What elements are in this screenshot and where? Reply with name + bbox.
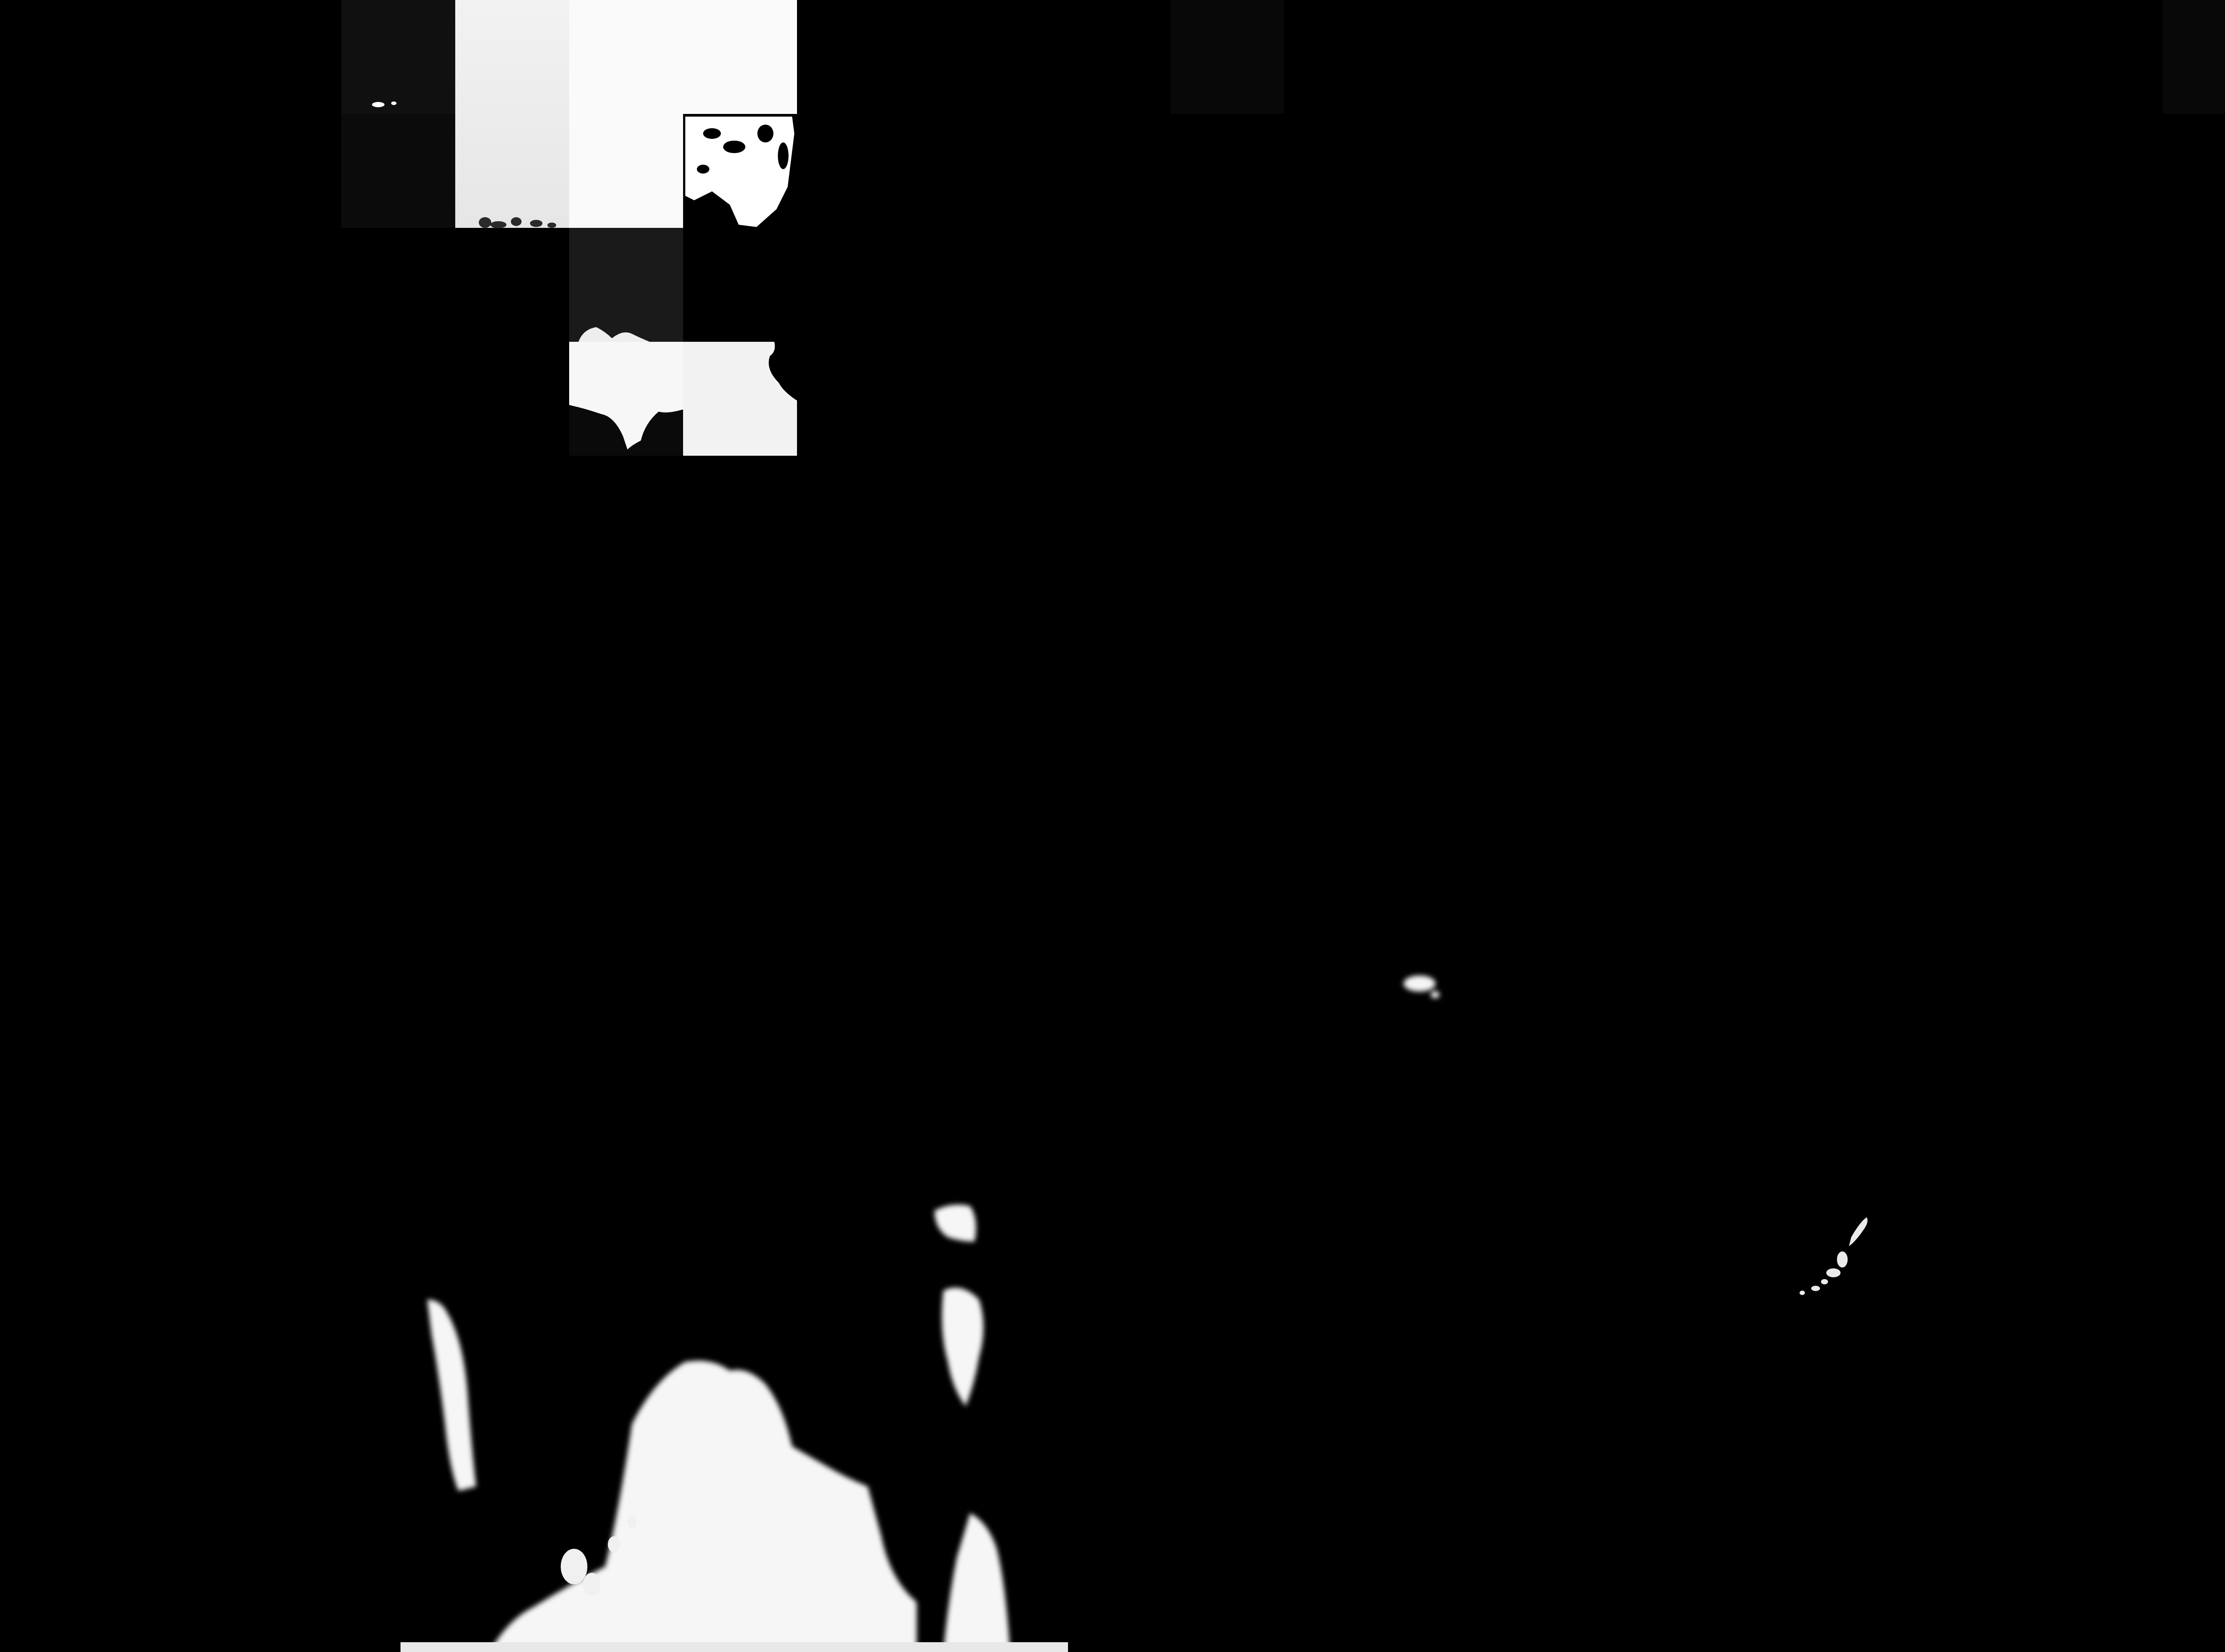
dim-tile — [569, 228, 683, 342]
dim-tile — [1170, 0, 1284, 114]
dim-tile — [341, 0, 455, 114]
mask-canvas — [0, 0, 2225, 1652]
dim-tile — [2163, 0, 2225, 114]
dim-tile — [341, 114, 455, 228]
cloud-tile — [683, 0, 797, 114]
cloud-tile — [569, 0, 683, 228]
cloud-tile — [455, 0, 569, 228]
